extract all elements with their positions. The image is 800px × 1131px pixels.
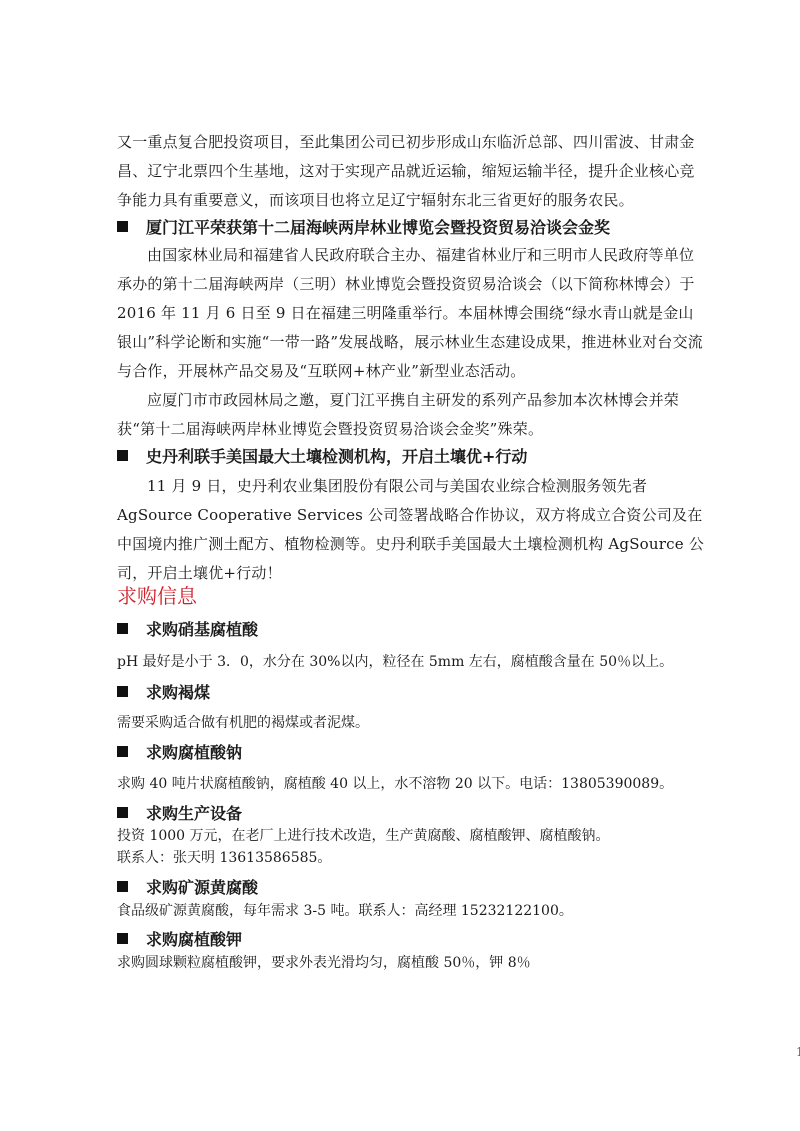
purchase-text-5: 食品级矿源黄腐酸，每年需求 3-5 吨。联系人：高经理 15232122100。 (117, 900, 717, 922)
purchase-text-2: 需要采购适合做有机肥的褐煤或者泥煤。 (117, 712, 717, 734)
square-bullet-icon (117, 807, 128, 818)
page-number: 1 (796, 1045, 800, 1059)
square-bullet-icon (117, 450, 128, 461)
news-heading-1: 厦门江平荣获第十二届海峡两岸林业博览会暨投资贸易洽谈会金奖 (117, 216, 610, 240)
news-paragraph-2: 11 月 9 日，史丹利农业集团股份有限公司与美国农业综合检测服务领先者 AgS… (117, 472, 707, 588)
news-paragraph-1b: 应厦门市市政园林局之邀，夏门江平携自主研发的系列产品参加本次林博会并荣获“第十二… (117, 386, 707, 444)
news-heading-2: 史丹利联手美国最大土壤检测机构，开启土壤优+行动 (117, 445, 527, 469)
section-title-purchase: 求购信息 (117, 583, 197, 609)
intro-paragraph: 又一重点复合肥投资项目，至此集团公司已初步形成山东临沂总部、四川雷波、甘肃金昌、… (117, 128, 707, 215)
purchase-heading-5: 求购矿源黄腐酸 (117, 876, 258, 900)
purchase-text-3: 求购 40 吨片状腐植酸钠，腐植酸 40 以上，水不溶物 20 以下。电话：13… (117, 773, 717, 795)
purchase-heading-1: 求购硝基腐植酸 (117, 618, 258, 642)
purchase-text-4b: 联系人：张天明 13613586585。 (117, 847, 717, 869)
purchase-heading-4: 求购生产设备 (117, 802, 242, 826)
purchase-heading-2: 求购褐煤 (117, 681, 210, 705)
news-paragraph-1a: 由国家林业局和福建省人民政府联合主办、福建省林业厅和三明市人民政府等单位承办的第… (117, 241, 707, 386)
square-bullet-icon (117, 623, 128, 634)
purchase-text-1: pH 最好是小于 3．0，水分在 30%以内，粒径在 5mm 左右，腐植酸含量在… (117, 651, 717, 673)
purchase-text-4a: 投资 1000 万元，在老厂上进行技术改造，生产黄腐酸、腐植酸钾、腐植酸钠。 (117, 825, 717, 847)
square-bullet-icon (117, 933, 128, 944)
purchase-text-6: 求购圆球颗粒腐植酸钾，要求外表光滑均匀，腐植酸 50％，钾 8％ (117, 952, 717, 974)
square-bullet-icon (117, 881, 128, 892)
square-bullet-icon (117, 686, 128, 697)
square-bullet-icon (117, 221, 128, 232)
purchase-heading-3: 求购腐植酸钠 (117, 741, 242, 765)
square-bullet-icon (117, 746, 128, 757)
purchase-heading-6: 求购腐植酸钾 (117, 928, 242, 952)
